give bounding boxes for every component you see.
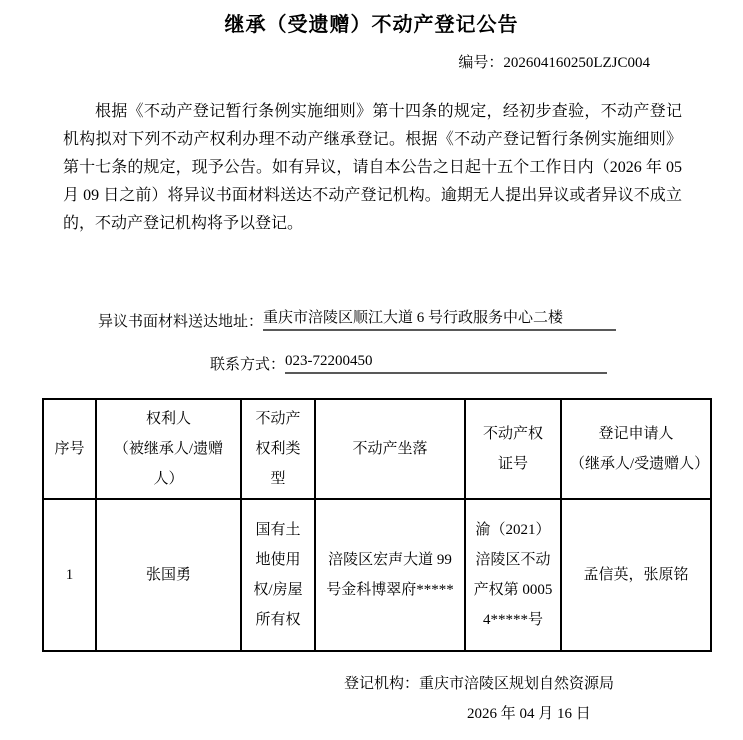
header-location: 不动产坐落 [315,399,465,499]
contact-line: 联系方式： 023-72200450 [0,353,743,374]
table-header-row: 序号 权利人 （被继承人/遗赠人） 不动产 权利类型 不动产坐落 不动产权 证号… [43,399,711,499]
cell-holder: 张国勇 [96,499,241,651]
header-right-type: 不动产 权利类型 [241,399,315,499]
contact-label: 联系方式： [210,353,285,374]
doc-number-line: 编号：202604160250LZJC004 [0,51,743,72]
property-table: 序号 权利人 （被继承人/遗赠人） 不动产 权利类型 不动产坐落 不动产权 证号… [42,398,712,652]
notice-body-paragraph: 根据《不动产登记暂行条例实施细则》第十四条的规定，经初步查验，不动产登记机构拟对… [63,98,682,238]
contact-value: 023-72200450 [285,353,607,374]
registry-authority-line: 登记机构：重庆市涪陵区规划自然资源局 [0,672,743,693]
table-row: 1 张国勇 国有土地使用权/房屋所有权 涪陵区宏声大道 99 号金科博翠府***… [43,499,711,651]
header-applicants: 登记申请人 （继承人/受遗赠人） [561,399,711,499]
header-seq: 序号 [43,399,96,499]
address-label: 异议书面材料送达地址： [98,310,263,331]
header-cert-no: 不动产权 证号 [465,399,561,499]
address-value: 重庆市涪陵区顺江大道 6 号行政服务中心二楼 [263,306,616,331]
cell-cert-no: 渝（2021）涪陵区不动产权第 00054*****号 [465,499,561,651]
announcement-date: 2026 年 04 月 16 日 [0,702,743,723]
cell-applicants: 孟信英，张原铭 [561,499,711,651]
page-title: 继承（受遗赠）不动产登记公告 [0,0,743,37]
announcement-document: 继承（受遗赠）不动产登记公告 编号：202604160250LZJC004 根据… [0,0,743,740]
address-line: 异议书面材料送达地址： 重庆市涪陵区顺江大道 6 号行政服务中心二楼 [0,306,743,331]
cell-seq: 1 [43,499,96,651]
header-holder: 权利人 （被继承人/遗赠人） [96,399,241,499]
doc-number-label: 编号： [458,55,503,71]
doc-number-value: 202604160250LZJC004 [503,55,650,71]
cell-right-type: 国有土地使用权/房屋所有权 [241,499,315,651]
cell-location: 涪陵区宏声大道 99 号金科博翠府***** [315,499,465,651]
